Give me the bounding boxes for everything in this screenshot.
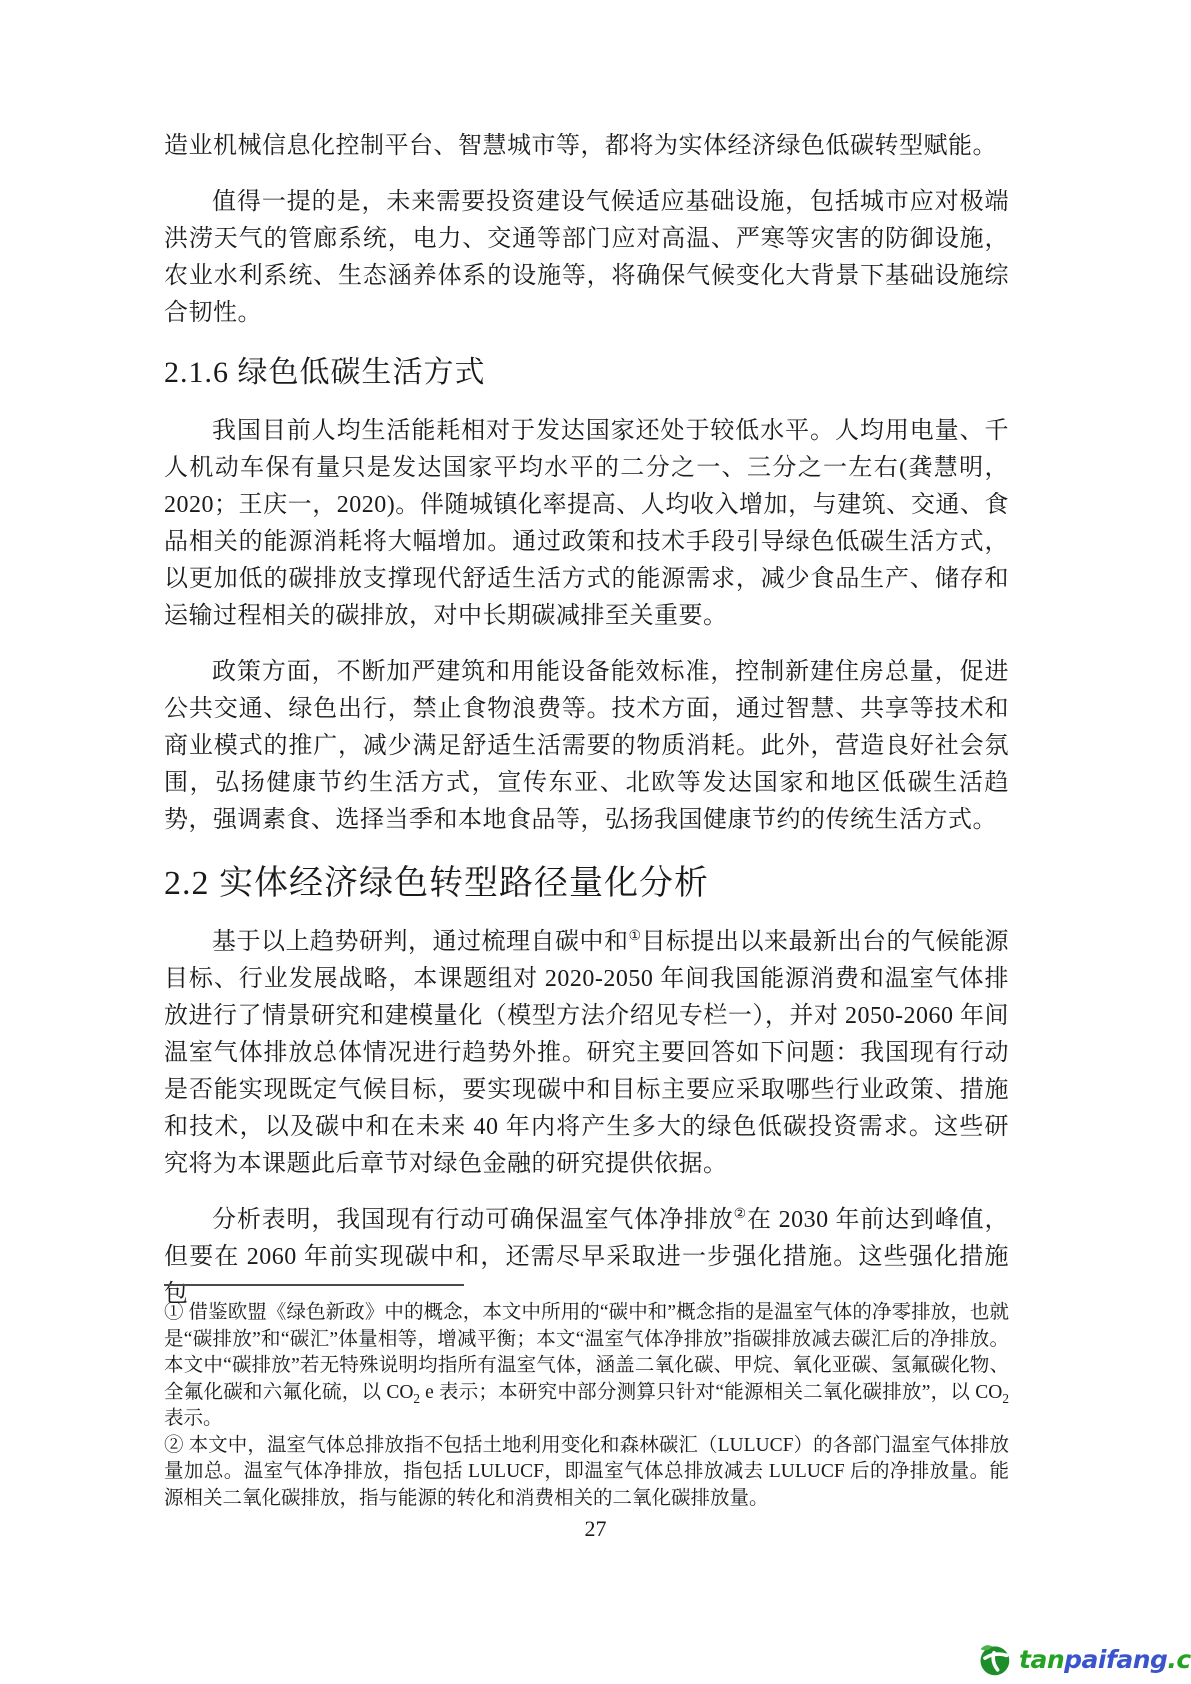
text-run: e 表示；本研究中部分测算只针对“能源相关二氧化碳排放”，以 CO (420, 1382, 1002, 1403)
footnote-item: ② 本文中，温室气体总排放指不包括土地利用变化和森林碳汇（LULUCF）的各部门… (164, 1433, 1009, 1513)
footnote-list: ① 借鉴欧盟《绿色新政》中的概念，本文中所用的“碳中和”概念指的是温室气体的净零… (164, 1300, 1009, 1512)
leaf-circle-icon (976, 1641, 1012, 1677)
content-flow: 造业机械信息化控制平台、智慧城市等，都将为实体经济绿色低碳转型赋能。值得一提的是… (164, 128, 1009, 1332)
text-run: 我国目前人均生活能耗相对于发达国家还处于较低水平。人均用电量、千人机动车保有量只… (164, 418, 1009, 629)
watermark-text-com: .com (1167, 1645, 1191, 1674)
footnote-separator (164, 1284, 464, 1286)
section-heading-2-2: 2.2 实体经济绿色转型路径量化分析 (164, 858, 1009, 910)
text-run: 基于以上趋势研判，通过梳理自碳中和 (212, 929, 629, 955)
paragraph: 基于以上趋势研判，通过梳理自碳中和①目标提出以来最新出台的气候能源目标、行业发展… (164, 924, 1009, 1183)
text-run: 政策方面，不断加严建筑和用能设备能效标准，控制新建住房总量，促进公共交通、绿色出… (164, 659, 1009, 833)
text-run: 分析表明，我国现有行动可确保温室气体净排放 (212, 1207, 734, 1233)
watermark-logo: tanpaifang.com (976, 1641, 1191, 1677)
text-run: 表示。 (164, 1408, 223, 1429)
document-page: 造业机械信息化控制平台、智慧城市等，都将为实体经济绿色低碳转型赋能。值得一提的是… (0, 0, 1191, 1684)
text-run: ② 本文中，温室气体总排放指不包括土地利用变化和森林碳汇（LULUCF）的各部门… (164, 1435, 1009, 1509)
text-run: 值得一提的是，未来需要投资建设气候适应基础设施，包括城市应对极端洪涝天气的管廊系… (164, 189, 1009, 326)
paragraph: 造业机械信息化控制平台、智慧城市等，都将为实体经济绿色低碳转型赋能。 (164, 128, 1009, 165)
text-run: 造业机械信息化控制平台、智慧城市等，都将为实体经济绿色低碳转型赋能。 (164, 133, 997, 159)
footnote-area: ① 借鉴欧盟《绿色新政》中的概念，本文中所用的“碳中和”概念指的是温室气体的净零… (164, 1284, 1009, 1512)
watermark-text-paifang: paifang (1064, 1645, 1167, 1674)
watermark-text-tan: tan (1019, 1645, 1064, 1674)
paragraph: 值得一提的是，未来需要投资建设气候适应基础设施，包括城市应对极端洪涝天气的管廊系… (164, 184, 1009, 332)
subscript: 2 (1002, 1390, 1009, 1405)
section-heading-2-1-6: 2.1.6 绿色低碳生活方式 (164, 351, 1009, 395)
text-run: 目标提出以来最新出台的气候能源目标、行业发展战略，本课题组对 2020-2050… (164, 929, 1009, 1177)
page-number: 27 (0, 1516, 1191, 1542)
footnote-item: ① 借鉴欧盟《绿色新政》中的概念，本文中所用的“碳中和”概念指的是温室气体的净零… (164, 1300, 1009, 1433)
footnote-ref: ① (629, 929, 642, 944)
footnote-ref: ② (734, 1207, 747, 1222)
watermark-text: tanpaifang.com (1019, 1645, 1191, 1674)
paragraph: 政策方面，不断加严建筑和用能设备能效标准，控制新建住房总量，促进公共交通、绿色出… (164, 654, 1009, 839)
paragraph: 我国目前人均生活能耗相对于发达国家还处于较低水平。人均用电量、千人机动车保有量只… (164, 413, 1009, 635)
